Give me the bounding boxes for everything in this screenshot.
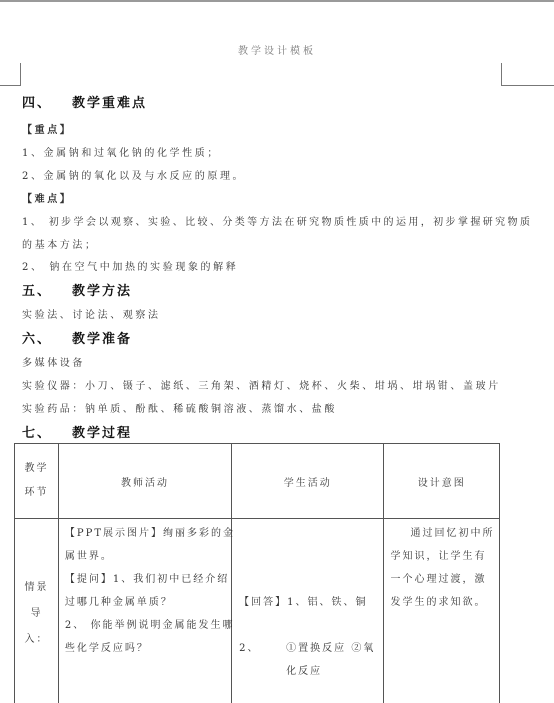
table-row: 情景 导 入： 【PPT展示图片】绚丽多彩的金 属世界。 【提问】1、我们初中已… (15, 519, 500, 703)
teacher-activity-line: 些化学反应吗？ (65, 639, 149, 654)
teacher-activity-line: 2、 你能举例说明金属能发生哪 (65, 616, 235, 631)
key-point-item: 2、金属钠的氧化以及与水反应的原理。 (22, 167, 245, 182)
section-heading-5: 五、教学方法 (22, 280, 132, 299)
preparation-line: 多媒体设备 (22, 354, 85, 369)
preparation-line: 实验药品：钠单质、酚酞、稀硫酸铜溶液、蒸馏水、盐酸 (22, 400, 337, 415)
header-cell-intent: 设计意图 (384, 444, 500, 519)
teacher-activity-line: 【提问】1、我们初中已经介绍 (65, 570, 229, 585)
section-heading-4: 四、教学重难点 (22, 92, 147, 111)
margin-corner-mark-left (0, 63, 21, 86)
stage-cell: 情景 导 入： (15, 519, 59, 703)
difficult-points-label: 【难点】 (22, 190, 72, 205)
key-points-label: 【重点】 (22, 121, 72, 136)
stage-text: 情景 (15, 575, 58, 601)
stage-text: 导 (15, 601, 58, 627)
difficult-point-item-cont: 的基本方法； (22, 236, 98, 251)
teacher-activity-line: 过哪几种金属单质？ (65, 593, 173, 608)
design-intent-line: 发学生的求知欲。 (390, 593, 486, 608)
section-number: 七、 (22, 422, 72, 441)
teaching-methods-text: 实验法、讨论法、观察法 (22, 306, 161, 321)
preparation-line: 实验仪器：小刀、镊子、滤纸、三角架、酒精灯、烧杯、火柴、坩埚、坩埚钳、盖玻片 (22, 377, 501, 392)
section-number: 五、 (22, 280, 72, 299)
design-intent-line: 一个心理过渡，激 (390, 570, 486, 585)
difficult-point-item: 1、 初步学会以观察、实验、比较、分类等方法在研究物质性质中的运用，初步掌握研究… (22, 213, 532, 228)
teacher-activity-cell: 【PPT展示图片】绚丽多彩的金 属世界。 【提问】1、我们初中已经介绍 过哪几种… (58, 519, 231, 703)
top-border-rule (0, 0, 554, 2)
header-text: 环节 (15, 481, 58, 505)
teacher-activity-line: 属世界。 (65, 547, 113, 562)
section-title: 教学准备 (72, 332, 132, 347)
section-number: 六、 (22, 328, 72, 347)
key-point-item: 1、金属钠和过氧化钠的化学性质； (22, 144, 220, 159)
student-activity-line: ①置换反应 ②氧 (286, 639, 375, 654)
margin-corner-mark-right (501, 63, 554, 86)
student-activity-line: 【回答】1、铝、铁、铜 (239, 593, 367, 608)
header-cell-teacher: 教师活动 (58, 444, 231, 519)
section-heading-6: 六、教学准备 (22, 328, 132, 347)
table-header-row: 教学 环节 教师活动 学生活动 设计意图 (15, 444, 500, 519)
section-title: 教学方法 (72, 284, 132, 299)
student-activity-line: 2、 (239, 639, 259, 654)
design-intent-cell: 通过回忆初中所 学知识，让学生有 一个心理过渡，激 发学生的求知欲。 (384, 519, 500, 703)
section-number: 四、 (22, 92, 72, 111)
section-title: 教学重难点 (72, 96, 147, 111)
stage-text: 入： (15, 627, 58, 653)
difficult-point-item: 2、 钠在空气中加热的实验现象的解释 (22, 258, 238, 273)
student-activity-line: 化反应 (286, 662, 322, 677)
design-intent-line: 学知识，让学生有 (390, 547, 486, 562)
page-header-title: 教学设计模板 (0, 42, 554, 57)
teacher-activity-line: 【PPT展示图片】绚丽多彩的金 (65, 524, 235, 539)
header-cell-stage: 教学 环节 (15, 444, 59, 519)
header-cell-student: 学生活动 (232, 444, 384, 519)
design-intent-line: 通过回忆初中所 (410, 524, 494, 539)
header-text: 教学 (15, 457, 58, 481)
teaching-process-table: 教学 环节 教师活动 学生活动 设计意图 情景 导 入： 【PPT展示图片】绚丽… (14, 443, 500, 703)
section-heading-7: 七、教学过程 (22, 422, 132, 441)
section-title: 教学过程 (72, 426, 132, 441)
student-activity-cell: 【回答】1、铝、铁、铜 2、 ①置换反应 ②氧 化反应 (232, 519, 384, 703)
